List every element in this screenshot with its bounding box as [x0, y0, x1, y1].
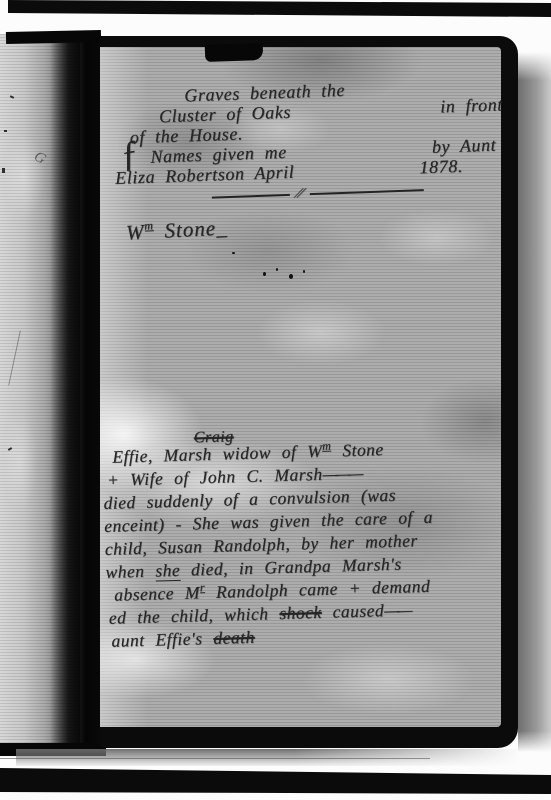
separator-rule-left — [212, 194, 290, 199]
entry-trailing-dash: _ — [215, 215, 228, 240]
note-line-1-seg: Stone — [342, 439, 384, 460]
struck-word-shock: shock — [279, 602, 322, 623]
note-line-6-seg: when — [105, 561, 144, 582]
page-right-shadow — [518, 52, 551, 752]
note-line-1-seg: Effie, — [112, 446, 153, 467]
margin-speck — [4, 130, 7, 132]
note-line-8-seg: ed the child, which — [109, 603, 269, 627]
entry-superscript: m — [144, 220, 154, 231]
page-top-edge-blemish — [205, 43, 264, 62]
entry-wm-stone: Wm Stone_ — [125, 215, 228, 245]
photo-frame-top-bar — [0, 0, 551, 18]
photographed-manuscript-page: ƒ Graves beneath the Cluster of Oaks in … — [0, 0, 551, 800]
note-line-8-seg: caused — [332, 600, 384, 621]
ink-spot — [303, 270, 305, 273]
effie-marsh-note: Craig Effie, Marsh widow of Wm Stone + W… — [102, 435, 514, 653]
ink-spot — [263, 272, 266, 276]
entry-initial: W — [125, 220, 145, 245]
long-dash: ——— — [322, 463, 360, 484]
entry-surname: Stone — [164, 216, 217, 243]
struck-word-death: death — [213, 627, 255, 648]
separator-rule-right — [310, 189, 424, 195]
spine-top-edge — [6, 30, 101, 44]
ink-spot — [289, 274, 293, 279]
separator-tick-mark: ⁄⁄ — [294, 184, 306, 204]
heading-line-4-right: by Aunt — [432, 135, 497, 157]
margin-speck — [2, 168, 5, 173]
long-dash: —— — [384, 599, 410, 620]
photo-frame-bottom-bar — [0, 766, 551, 796]
underlined-she: she — [155, 560, 180, 582]
inserted-word-craig: Craig — [193, 425, 233, 449]
ink-spot — [232, 252, 235, 254]
flourish-mark: ƒ — [119, 142, 141, 165]
heading-block: ƒ Graves beneath the Cluster of Oaks in … — [112, 74, 510, 211]
superscript-r: r — [200, 582, 205, 593]
heading-line-5-right: 1878. — [419, 156, 463, 178]
ink-spot — [276, 268, 278, 271]
table-surface-line — [0, 758, 430, 759]
superscript-m: m — [322, 441, 331, 452]
note-line-9-seg: aunt Effie's — [111, 628, 203, 651]
heading-line-2-right: in front — [440, 94, 503, 116]
note-line-1-seg: W — [307, 441, 323, 461]
note-line-7-seg: absence M — [114, 582, 200, 604]
